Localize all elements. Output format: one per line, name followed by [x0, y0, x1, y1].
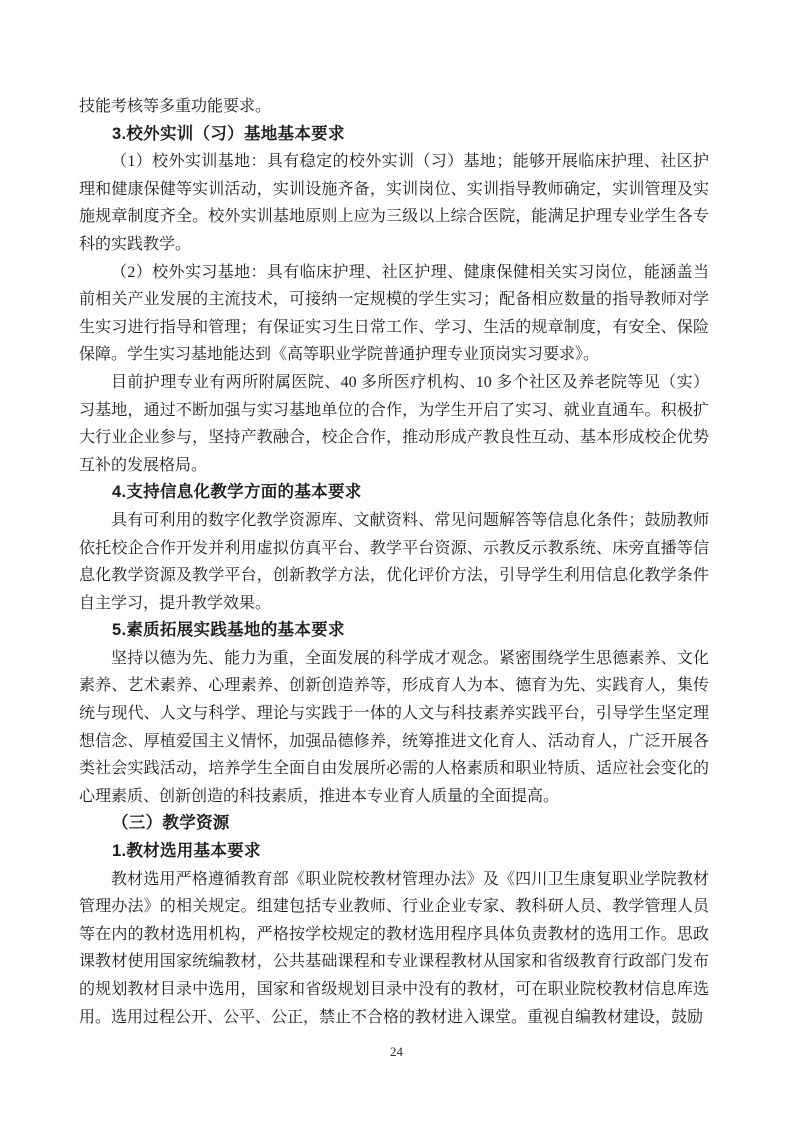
document-body: 技能考核等多重功能要求。 3.校外实训（习）基地基本要求 （1）校外实训基地：具… [79, 93, 709, 1031]
paragraph: 教材选用严格遵循教育部《职业院校教材管理办法》及《四川卫生康复职业学院教材管理办… [79, 866, 709, 1032]
paragraph: 技能考核等多重功能要求。 [79, 93, 709, 121]
section-heading-campus-external-training-base: 3.校外实训（习）基地基本要求 [79, 121, 709, 149]
page-number: 24 [0, 1044, 793, 1060]
section-heading-textbook-selection: 1.教材选用基本要求 [79, 838, 709, 866]
section-heading-quality-practice-base: 5.素质拓展实践基地的基本要求 [79, 617, 709, 645]
paragraph: 具有可利用的数字化教学资源库、文献资料、常见问题解答等信息化条件；鼓励教师依托校… [79, 507, 709, 617]
paragraph: 坚持以德为先、能力为重，全面发展的科学成才观念。紧密围绕学生思德素养、文化素养、… [79, 645, 709, 811]
document-page: 技能考核等多重功能要求。 3.校外实训（习）基地基本要求 （1）校外实训基地：具… [0, 0, 793, 1122]
section-heading-teaching-resources: （三）教学资源 [79, 810, 709, 838]
paragraph: 目前护理专业有两所附属医院、40 多所医疗机构、10 多个社区及养老院等见（实）… [79, 369, 709, 479]
paragraph: （2）校外实习基地：具有临床护理、社区护理、健康保健相关实习岗位，能涵盖当前相关… [79, 259, 709, 369]
paragraph: （1）校外实训基地：具有稳定的校外实训（习）基地；能够开展临床护理、社区护理和健… [79, 148, 709, 258]
section-heading-informatization-teaching: 4.支持信息化教学方面的基本要求 [79, 479, 709, 507]
